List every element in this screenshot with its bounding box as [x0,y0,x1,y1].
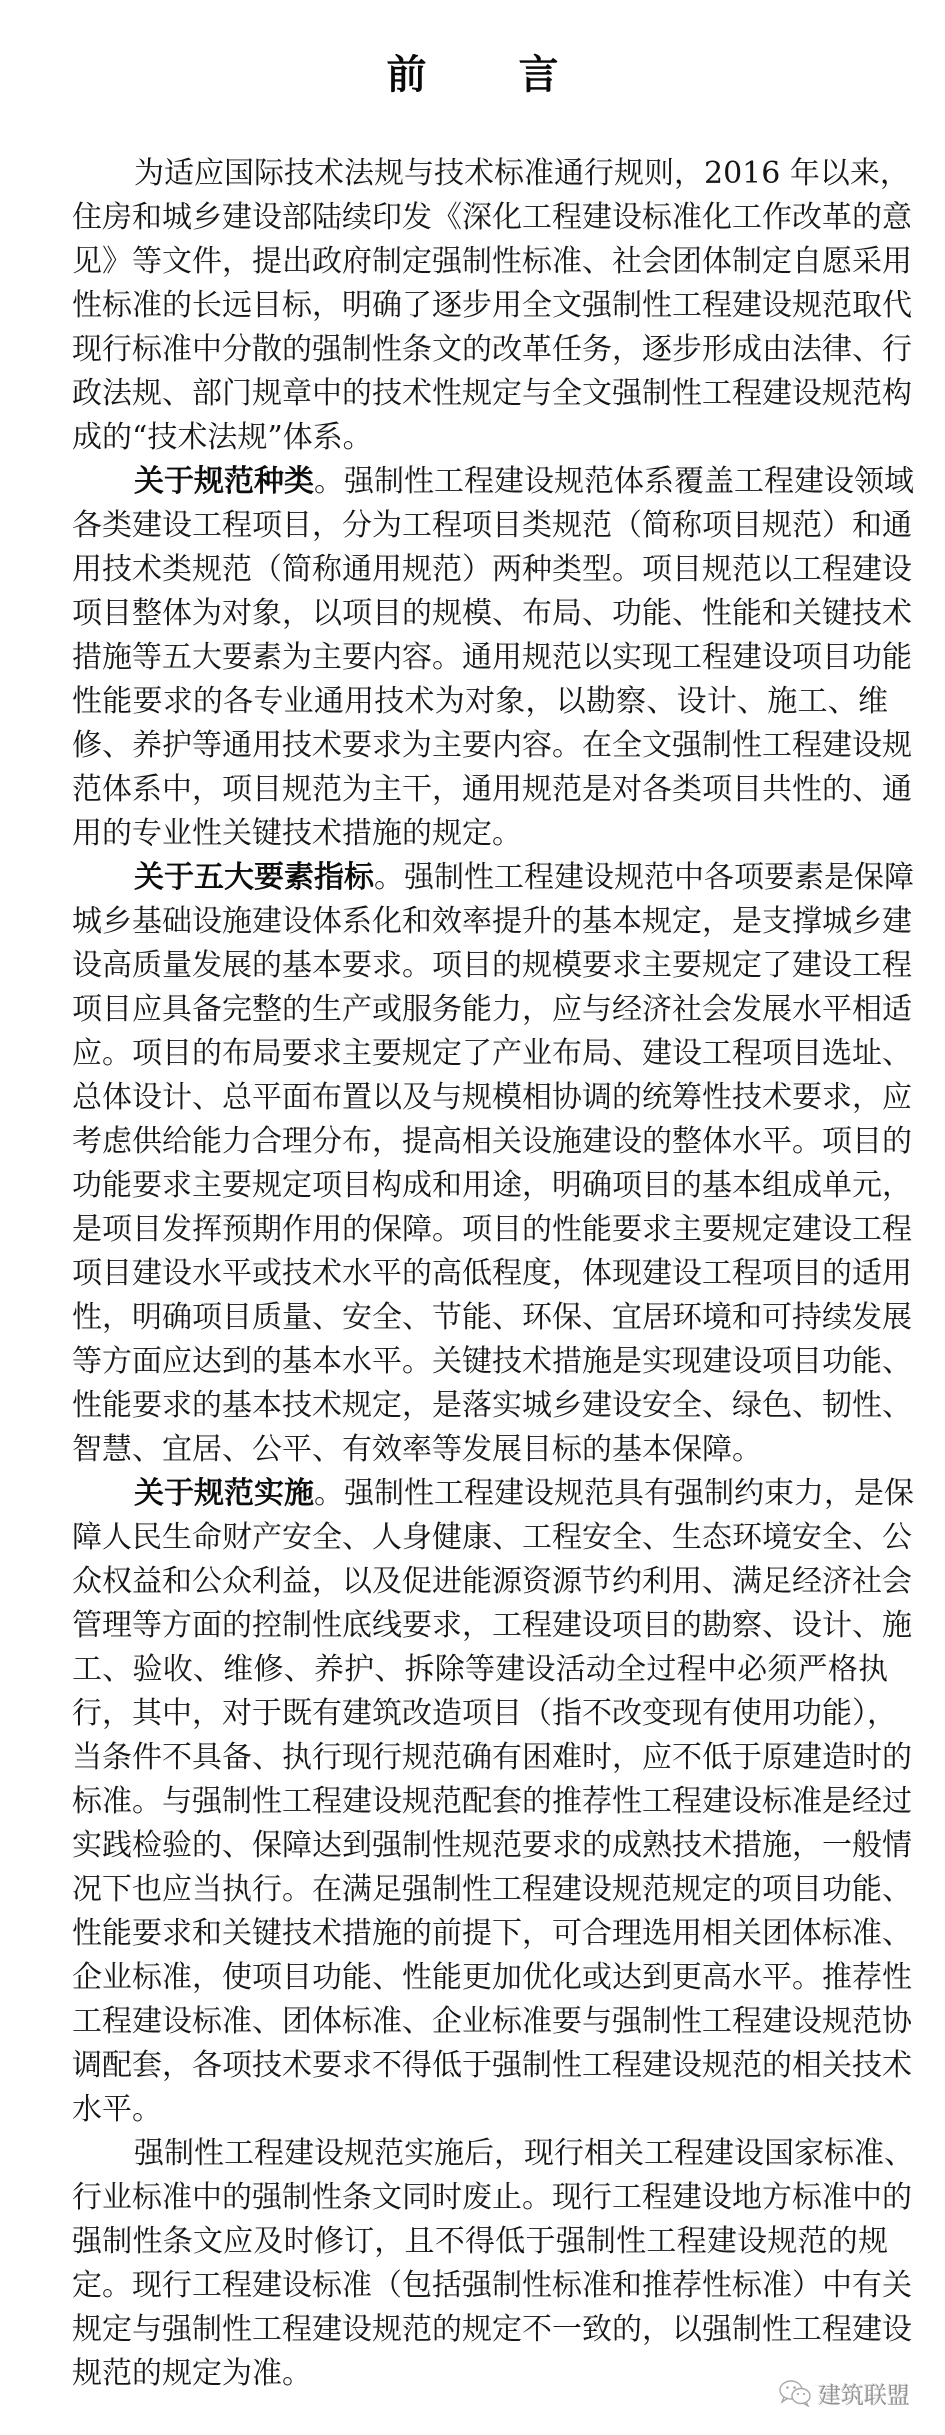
text-line: 性能要求的基本技术规定，是落实城乡建设安全、绿色、韧性、 [72,1384,888,1428]
paragraph-intro: 为适应国际技术法规与技术标准通行规则，2016 年以来， 住房和城乡建设部陆续印… [72,152,888,460]
paragraph-five-elements: 关于五大要素指标。强制性工程建设规范中各项要素是保障 城乡基础设施建设体系化和效… [72,856,888,1472]
text-line: 范体系中，项目规范为主干，通用规范是对各类项目共性的、通 [72,768,888,812]
text-line: 障人民生命财产安全、人身健康、工程安全、生态环境安全、公 [72,1516,888,1560]
text-line: 管理等方面的控制性底线要求，工程建设项目的勘察、设计、施 [72,1604,888,1648]
text-line: 用技术类规范（简称通用规范）两种类型。项目规范以工程建设 [72,548,888,592]
watermark: 建筑联盟 [778,2378,910,2408]
text-line: 况下也应当执行。在满足强制性工程建设规范规定的项目功能、 [72,1868,888,1912]
text-line: 行，其中，对于既有建筑改造项目（指不改变现有使用功能）， [72,1692,888,1736]
text-line: 现行标准中分散的强制性条文的改革任务，逐步形成由法律、行 [72,328,888,372]
text-line: 项目建设水平或技术水平的高低程度，体现建设工程项目的适用 [72,1252,888,1296]
text-line: 为适应国际技术法规与技术标准通行规则，2016 年以来， [72,152,888,196]
text-line: 性能要求的各专业通用技术为对象，以勘察、设计、施工、维 [72,680,888,724]
text-line: 关于规范种类。强制性工程建设规范体系覆盖工程建设领域 [72,460,888,504]
wechat-icon [778,2379,812,2407]
text-line: 众权益和公众利益，以及促进能源资源节约利用、满足经济社会 [72,1560,888,1604]
page-title: 前言 [0,50,945,100]
text-line: 关于规范实施。强制性工程建设规范具有强制约束力，是保 [72,1472,888,1516]
text-line: 强制性工程建设规范实施后，现行相关工程建设国家标准、 [72,2132,888,2176]
text-line: 调配套，各项技术要求不得低于强制性工程建设规范的相关技术 [72,2044,888,2088]
text-line: 强制性条文应及时修订，且不得低于强制性工程建设规范的规 [72,2220,888,2264]
text-line: 城乡基础设施建设体系化和效率提升的基本规定，是支撑城乡建 [72,900,888,944]
text-line: 性标准的长远目标，明确了逐步用全文强制性工程建设规范取代 [72,284,888,328]
text-line: 成的“技术法规”体系。 [72,416,888,460]
text-line: 企业标准，使项目功能、性能更加优化或达到更高水平。推荐性 [72,1956,888,2000]
text-line: 项目应具备完整的生产或服务能力，应与经济社会发展水平相适 [72,988,888,1032]
paragraph-lead-heading: 关于规范种类 [134,464,314,499]
text-line: 政法规、部门规章中的技术性规定与全文强制性工程建设规范构 [72,372,888,416]
text-line: 工程建设标准、团体标准、企业标准要与强制性工程建设规范协 [72,2000,888,2044]
text-run: 。强制性工程建设规范中各项要素是保障 [374,860,914,895]
text-line: 当条件不具备、执行现行规范确有困难时，应不低于原建造时的 [72,1736,888,1780]
text-line: 工、验收、维修、养护、拆除等建设活动全过程中必须严格执 [72,1648,888,1692]
paragraph-lead-heading: 关于规范实施 [134,1476,314,1511]
text-line: 水平。 [72,2088,888,2132]
text-line: 住房和城乡建设部陆续印发《深化工程建设标准化工作改革的意 [72,196,888,240]
text-line: 等方面应达到的基本水平。关键技术措施是实现建设项目功能、 [72,1340,888,1384]
document-page: 前言 为适应国际技术法规与技术标准通行规则，2016 年以来， 住房和城乡建设部… [0,0,945,2435]
text-line: 定。现行工程建设标准（包括强制性标准和推荐性标准）中有关 [72,2264,888,2308]
text-line: 规范的规定为准。 [72,2352,888,2396]
text-line: 修、养护等通用技术要求为主要内容。在全文强制性工程建设规 [72,724,888,768]
text-line: 设高质量发展的基本要求。项目的规模要求主要规定了建设工程 [72,944,888,988]
text-line: 行业标准中的强制性条文同时废止。现行工程建设地方标准中的 [72,2176,888,2220]
text-line: 是项目发挥预期作用的保障。项目的性能要求主要规定建设工程 [72,1208,888,1252]
paragraph-repeal: 强制性工程建设规范实施后，现行相关工程建设国家标准、 行业标准中的强制性条文同时… [72,2132,888,2396]
text-line: 实践检验的、保障达到强制性规范要求的成熟技术措施，一般情 [72,1824,888,1868]
text-line: 总体设计、总平面布置以及与规模相协调的统筹性技术要求，应 [72,1076,888,1120]
paragraph-lead-heading: 关于五大要素指标 [134,860,374,895]
text-line: 功能要求主要规定项目构成和用途，明确项目的基本组成单元， [72,1164,888,1208]
text-line: 规定与强制性工程建设规范的规定不一致的，以强制性工程建设 [72,2308,888,2352]
text-line: 标准。与强制性工程建设规范配套的推荐性工程建设标准是经过 [72,1780,888,1824]
text-line: 关于五大要素指标。强制性工程建设规范中各项要素是保障 [72,856,888,900]
document-body: 为适应国际技术法规与技术标准通行规则，2016 年以来， 住房和城乡建设部陆续印… [72,152,888,2396]
text-line: 性，明确项目质量、安全、节能、环保、宜居环境和可持续发展 [72,1296,888,1340]
text-line: 见》等文件，提出政府制定强制性标准、社会团体制定自愿采用 [72,240,888,284]
text-run: 。强制性工程建设规范体系覆盖工程建设领域 [314,464,914,499]
watermark-text: 建筑联盟 [818,2377,910,2410]
paragraph-spec-types: 关于规范种类。强制性工程建设规范体系覆盖工程建设领域 各类建设工程项目，分为工程… [72,460,888,856]
text-line: 用的专业性关键技术措施的规定。 [72,812,888,856]
text-run: 。强制性工程建设规范具有强制约束力，是保 [314,1476,914,1511]
text-line: 项目整体为对象，以项目的规模、布局、功能、性能和关键技术 [72,592,888,636]
text-line: 各类建设工程项目，分为工程项目类规范（简称项目规范）和通 [72,504,888,548]
text-line: 应。项目的布局要求主要规定了产业布局、建设工程项目选址、 [72,1032,888,1076]
text-line: 智慧、宜居、公平、有效率等发展目标的基本保障。 [72,1428,888,1472]
text-line: 性能要求和关键技术措施的前提下，可合理选用相关团体标准、 [72,1912,888,1956]
paragraph-implementation: 关于规范实施。强制性工程建设规范具有强制约束力，是保 障人民生命财产安全、人身健… [72,1472,888,2132]
text-line: 考虑供给能力合理分布，提高相关设施建设的整体水平。项目的 [72,1120,888,1164]
text-line: 措施等五大要素为主要内容。通用规范以实现工程建设项目功能 [72,636,888,680]
